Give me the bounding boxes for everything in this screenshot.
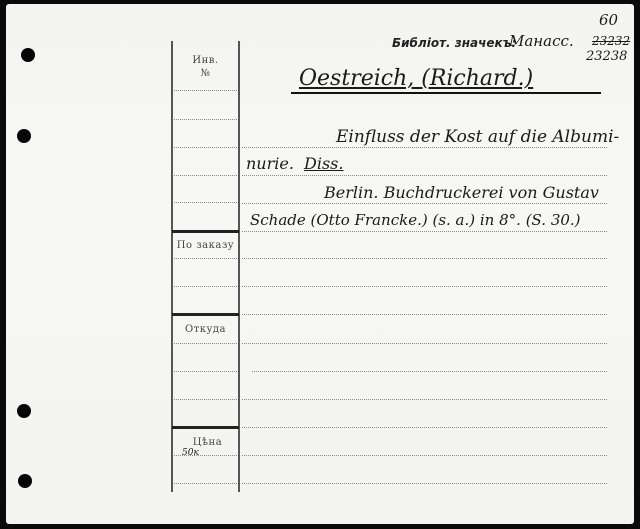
price-label: Цѣна xyxy=(180,437,235,448)
punch-hole-3 xyxy=(17,404,31,418)
punch-hole-2 xyxy=(17,129,31,143)
price-value: 50к xyxy=(182,448,199,458)
source-label: Откуда xyxy=(173,324,238,335)
body-line xyxy=(242,231,607,232)
left-column-border-right xyxy=(238,41,240,492)
order-row-line xyxy=(174,258,237,259)
punch-hole-1 xyxy=(21,48,35,62)
body-line xyxy=(242,399,607,400)
body-line xyxy=(242,147,607,148)
section-divider-source xyxy=(172,313,239,316)
dissertation-note: Diss. xyxy=(304,154,343,173)
imprint-line-1: Berlin. Buchdruckerei von Gustav xyxy=(324,183,599,202)
call-number: 23238 xyxy=(586,49,627,64)
inv-row-line xyxy=(174,147,237,148)
order-row-line xyxy=(174,286,237,287)
body-line xyxy=(242,483,607,484)
inv-number-sign: № xyxy=(173,68,238,79)
source-row-line xyxy=(174,343,237,344)
body-line xyxy=(252,371,607,372)
body-line xyxy=(242,175,607,176)
body-line xyxy=(242,258,607,259)
inv-row-line xyxy=(174,90,237,91)
left-column-border-left xyxy=(171,41,173,492)
inv-row-line xyxy=(174,175,237,176)
author-rule xyxy=(291,92,601,94)
author-heading: Oestreich, (Richard.) xyxy=(299,66,533,91)
body-line xyxy=(242,314,607,315)
source-row-line xyxy=(174,399,237,400)
punch-hole-4 xyxy=(18,474,32,488)
section-divider-order xyxy=(172,230,239,233)
old-call-number: 23232 xyxy=(592,34,630,48)
body-line xyxy=(242,427,607,428)
order-label: По заказу xyxy=(173,240,238,251)
shelfmark-value: Манасс. xyxy=(509,32,574,50)
inv-row-line xyxy=(174,119,237,120)
section-divider-price xyxy=(172,426,239,429)
price-row-line xyxy=(174,455,237,456)
inv-label: Инв. xyxy=(173,55,238,66)
body-line xyxy=(242,286,607,287)
title-line-2: nurie. xyxy=(246,154,294,173)
inv-row-line xyxy=(174,202,237,203)
body-line xyxy=(242,343,607,344)
shelfmark-label: Библіот. значекъ: xyxy=(392,36,516,50)
price-row-line xyxy=(174,483,237,484)
catalog-card: Инв. № По заказу Откуда Цѣна 50к Библіот… xyxy=(6,4,634,524)
imprint-line-2: Schade (Otto Francke.) (s. a.) in 8°. (S… xyxy=(250,211,581,229)
source-row-line xyxy=(174,371,237,372)
body-line xyxy=(242,455,607,456)
corner-note: 60 xyxy=(599,11,618,29)
title-line-1: Einfluss der Kost auf die Albumi- xyxy=(336,127,619,147)
body-line xyxy=(242,203,607,204)
